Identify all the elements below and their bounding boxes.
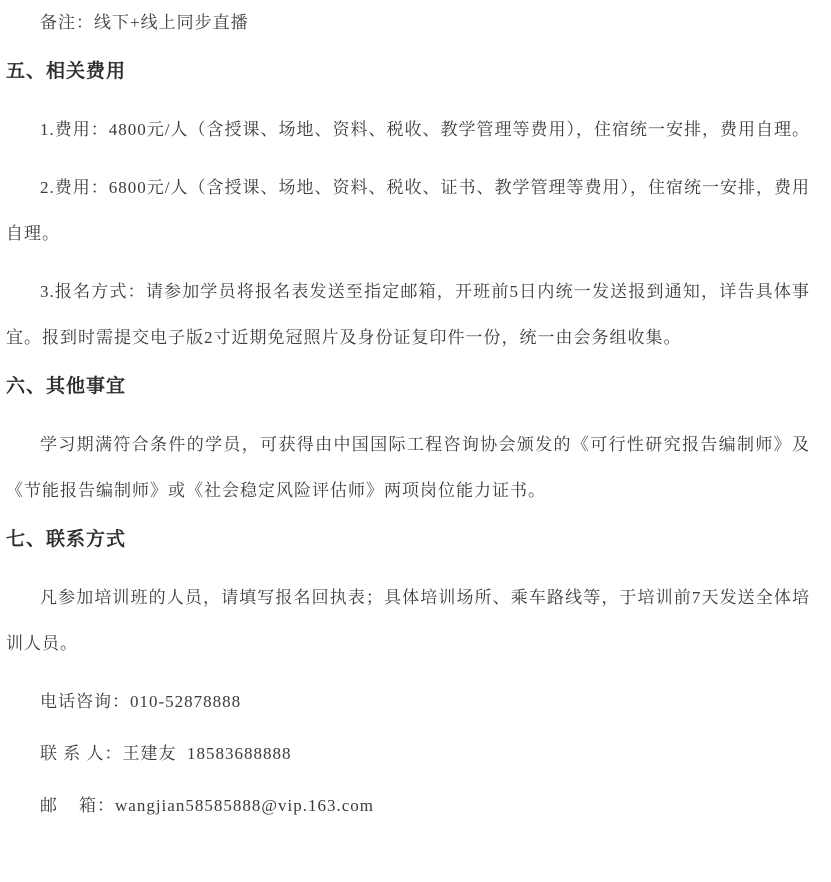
paragraph-fee-2: 2.费用：6800元/人（含授课、场地、资料、税收、证书、教学管理等费用），住宿… <box>6 165 810 257</box>
paragraph-certificates: 学习期满符合条件的学员，可获得由中国国际工程咨询协会颁发的《可行性研究报告编制师… <box>6 422 810 514</box>
paragraph-registration: 3.报名方式：请参加学员将报名表发送至指定邮箱，开班前5日内统一发送报到通知，详… <box>6 269 810 361</box>
contact-person-line: 联 系 人：王建友 18583688888 <box>6 731 810 777</box>
paragraph-contact-info: 凡参加培训班的人员，请填写报名回执表；具体培训场所、乘车路线等，于培训前7天发送… <box>6 575 810 667</box>
document-page: 备注：线下+线上同步直播 五、相关费用 1.费用：4800元/人（含授课、场地、… <box>0 0 831 882</box>
section-heading-fees: 五、相关费用 <box>6 49 810 95</box>
section-heading-other: 六、其他事宜 <box>6 364 810 410</box>
contact-phone-line: 电话咨询：010-52878888 <box>6 679 810 725</box>
contact-email-line: 邮 箱：wangjian58585888@vip.163.com <box>6 783 810 829</box>
section-heading-contact: 七、联系方式 <box>6 517 810 563</box>
paragraph-fee-1: 1.费用：4800元/人（含授课、场地、资料、税收、教学管理等费用），住宿统一安… <box>6 107 810 153</box>
note-line: 备注：线下+线上同步直播 <box>6 0 810 46</box>
